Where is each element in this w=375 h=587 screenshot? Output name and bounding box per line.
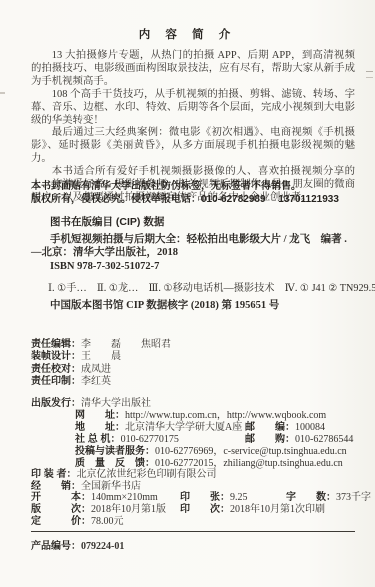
- edition-label: 版 次：: [31, 504, 91, 515]
- format-value: 140mm×210mm: [91, 492, 158, 503]
- credit-row-editor: 责任编辑：李 磊 焦昭君: [31, 339, 171, 351]
- website-label: 网 址：: [75, 410, 125, 421]
- credit-label: 责任编辑：: [31, 339, 81, 350]
- specs-row-2: 版 次：2018年10月第1版 印 次：2018年10月第1次印刷: [31, 504, 375, 516]
- postcode-value: 100084: [295, 422, 325, 433]
- credit-value: 成凤进: [81, 364, 111, 375]
- website-row: 网 址：http://www.tup.com.cn，http://www.wqb…: [31, 410, 375, 422]
- credit-row-designer: 装帧设计：王 晨: [31, 351, 171, 363]
- edition-value: 2018年10月第1版: [91, 504, 166, 515]
- credit-row-print-supervisor: 责任印制：李红英: [31, 376, 171, 388]
- address-value: 北京清华大学学研大厦A座: [125, 422, 242, 433]
- printer-row: 印 装 者：北京亿浓世纪彩色印刷有限公司: [31, 469, 375, 481]
- notices: 本书封面贴有清华大学出版社防伪标签，无标签者不得销售。 版权所有，侵权必究。侵权…: [31, 180, 339, 207]
- address-row: 地 址：北京清华大学学研大厦A座 邮 编：100084: [31, 422, 375, 434]
- sheets-label: 印 张：: [180, 492, 230, 503]
- edition-cell: 版 次：2018年10月第1版: [31, 504, 166, 515]
- cip-catalog-entry: 手机短视频拍摄与后期大全：轻松拍出电影级大片 / 龙飞 编著 . —北京：清华大…: [31, 233, 356, 260]
- mail-order-label: 邮 购：: [245, 434, 295, 445]
- intro-paragraph-2: 108 个高手干货技巧，从手机视频的拍摄、剪辑、滤镜、转场、字幕、音乐、边框、水…: [31, 89, 355, 128]
- product-number: 产品编号：079224-01: [31, 537, 124, 552]
- publisher-row: 出版发行：清华大学出版社: [31, 398, 375, 410]
- sheets-value: 9.25: [230, 492, 248, 503]
- quality-feedback-value: 010-62772015，zhiliang@tup.tsinghua.edu.c…: [155, 458, 343, 469]
- distributor-value: 全国新华书店: [81, 481, 141, 492]
- publisher-label: 出版发行：: [31, 398, 81, 409]
- format-cell: 开 本：140mm×210mm: [31, 492, 158, 503]
- postcode-cell: 邮 编：100084: [245, 422, 325, 434]
- credit-value: 王 晨: [81, 351, 121, 362]
- copyright-notice: 版权所有，侵权必究。侵权举报电话：010-62782989 1370112193…: [31, 193, 339, 206]
- impression-label: 印 次：: [180, 504, 230, 515]
- printer-value: 北京亿浓世纪彩色印刷有限公司: [77, 469, 217, 480]
- reader-service-label: 投稿与读者服务：: [75, 446, 155, 457]
- quality-feedback-row: 质 量 反 馈：010-62772015，zhiliang@tup.tsingh…: [31, 458, 375, 470]
- publication-info: 出版发行：清华大学出版社 网 址：http://www.tup.com.cn，h…: [31, 398, 375, 493]
- reader-service-value: 010-62776969，c-service@tup.tsinghua.edu.…: [155, 446, 347, 457]
- price-cell: 定 价：78.00元: [31, 516, 124, 527]
- book-copyright-page: 内 容 简 介 13 大拍摄修片专题，从热门的拍摄 APP、后期 APP，到高清…: [0, 0, 375, 587]
- divider: [31, 531, 355, 532]
- specs-row-3: 定 价：78.00元: [31, 516, 375, 528]
- credit-label: 责任印制：: [31, 376, 81, 387]
- cip-section-heading: 图书在版编目 (CIP) 数据: [50, 214, 164, 229]
- credit-label: 装帧设计：: [31, 351, 81, 362]
- price-label: 定 价：: [31, 516, 91, 527]
- price-value: 78.00元: [91, 516, 124, 527]
- word-count-value: 373千字: [336, 492, 371, 503]
- intro-paragraph-1: 13 大拍摄修片专题，从热门的拍摄 APP、后期 APP，到高清视频的拍摄技巧、…: [31, 50, 355, 89]
- product-number-label: 产品编号：: [31, 541, 81, 552]
- word-count-cell: 字 数：373千字: [286, 492, 371, 504]
- postcode-label: 邮 编：: [245, 422, 295, 433]
- switchboard-value: 010-62770175: [121, 434, 179, 445]
- switchboard-label: 社 总 机：: [75, 434, 121, 445]
- word-count-label: 字 数：: [286, 492, 336, 503]
- format-label: 开 本：: [31, 492, 91, 503]
- switchboard-row: 社 总 机：010-62770175 邮 购：010-62786544: [31, 434, 375, 446]
- sheets-cell: 印 张：9.25: [180, 492, 248, 504]
- impression-cell: 印 次：2018年10月第1次印刷: [180, 504, 325, 516]
- scan-artifact-left: [0, 92, 5, 94]
- scan-artifact-right: [366, 71, 373, 78]
- publisher-value: 清华大学出版社: [81, 398, 151, 409]
- credit-value: 李 磊 焦昭君: [81, 339, 171, 350]
- intro-paragraph-3: 最后通过三大经典案例：微电影《初次相遇》、电商视频《手机摄影》、延时摄影《美丽黄…: [31, 127, 355, 166]
- cip-classification: Ⅰ. ①手… Ⅱ. ①龙… Ⅲ. ①移动电话机—摄影技术 Ⅳ. ① J41 ② …: [48, 279, 375, 294]
- printer-label: 印 装 者：: [31, 469, 77, 480]
- impression-value: 2018年10月第1次印刷: [230, 504, 325, 515]
- mail-order-value: 010-62786544: [295, 434, 353, 445]
- quality-feedback-label: 质 量 反 馈：: [75, 458, 155, 469]
- cip-record-number: 中国版本图书馆 CIP 数据核字 (2018) 第 195651 号: [50, 297, 279, 312]
- print-specs: 开 本：140mm×210mm 印 张：9.25 字 数：373千字 版 次：2…: [31, 492, 375, 528]
- distributor-label: 经 销：: [31, 481, 81, 492]
- credit-row-proofreader: 责任校对：成凤进: [31, 364, 171, 376]
- reader-service-row: 投稿与读者服务：010-62776969，c-service@tup.tsing…: [31, 446, 375, 458]
- address-label: 地 址：: [75, 422, 125, 433]
- staff-credits: 责任编辑：李 磊 焦昭君 装帧设计：王 晨 责任校对：成凤进 责任印制：李红英: [31, 339, 171, 389]
- mail-order-cell: 邮 购：010-62786544: [245, 434, 353, 446]
- content-summary-heading: 内 容 简 介: [0, 26, 375, 42]
- credit-label: 责任校对：: [31, 364, 81, 375]
- website-value: http://www.tup.com.cn，http://www.wqbook.…: [125, 410, 326, 421]
- specs-row-1: 开 本：140mm×210mm 印 张：9.25 字 数：373千字: [31, 492, 375, 504]
- credit-value: 李红英: [81, 376, 111, 387]
- anti-piracy-notice: 本书封面贴有清华大学出版社防伪标签，无标签者不得销售。: [31, 180, 339, 193]
- isbn-line: ISBN 978-7-302-51072-7: [50, 261, 159, 272]
- product-number-value: 079224-01: [81, 541, 124, 552]
